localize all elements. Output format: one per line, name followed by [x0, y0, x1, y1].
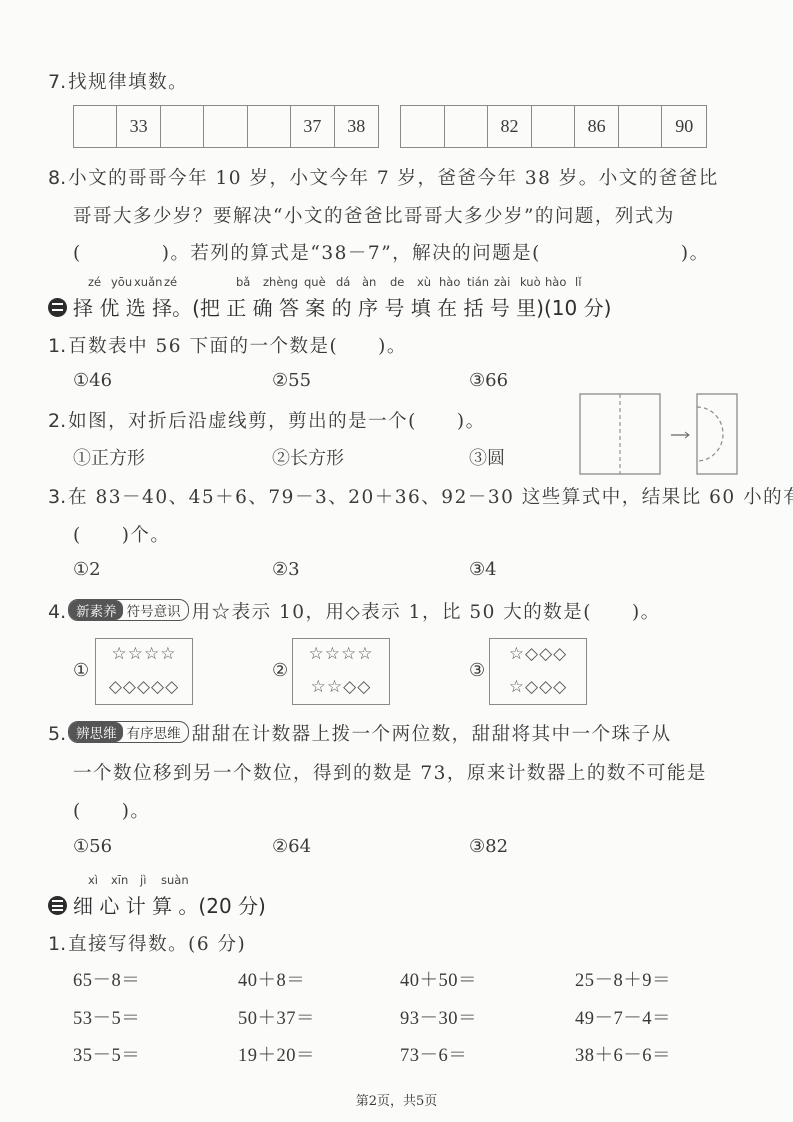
s2-q2-option-2[interactable]: ②长方形 — [272, 444, 344, 470]
calc-item[interactable]: 40＋50＝ — [400, 966, 477, 992]
calc-item[interactable]: 93－30＝ — [400, 1004, 477, 1030]
number-cell[interactable] — [619, 106, 663, 147]
tag-symbol-sense: 符号意识 — [123, 600, 188, 620]
calc-item[interactable]: 19＋20＝ — [238, 1041, 315, 1067]
s2-q3-line-2: ( )个。 — [73, 521, 170, 547]
calc-item[interactable]: 25－8＋9＝ — [575, 966, 671, 992]
tag-new-literacy: 新素养 — [69, 600, 123, 620]
q7-title: 找规律填数。 — [68, 72, 188, 93]
pinyin: hào — [545, 275, 566, 289]
s2-q2-text: 如图，对折后沿虚线剪，剪出的是一个( )。 — [68, 411, 485, 432]
q7-number: 7. — [48, 71, 66, 93]
pinyin: zé — [164, 275, 177, 289]
section3-header: 细 心 计 算 。(20 分) — [48, 890, 266, 919]
pinyin: àn — [362, 275, 376, 289]
s2-q5-tag: 辨思维有序思维 — [68, 721, 189, 743]
section2-title: 择 优 选 择。(把 正 确 答 案 的 序 号 填 在 括 号 里)(10 分… — [73, 296, 611, 320]
calc-item[interactable]: 50＋37＝ — [238, 1004, 315, 1030]
pinyin: bǎ — [236, 275, 250, 289]
s2-q1-option-2[interactable]: ②55 — [272, 370, 311, 391]
s2-q3-option-3[interactable]: ③4 — [469, 559, 497, 580]
s2-q1-text: 百数表中 56 下面的一个数是( )。 — [68, 336, 407, 357]
pinyin: xuǎn — [134, 275, 162, 289]
symbol-box: ☆☆☆☆ ◇◇◇◇◇ — [95, 638, 193, 705]
symbol-row-top: ☆☆☆☆ — [96, 644, 192, 664]
s2-q5-line-2: 一个数位移到另一个数位，得到的数是 73，原来计数器上的数不可能是 — [73, 759, 707, 785]
symbol-box: ☆◇◇◇ ☆◇◇◇ — [489, 638, 587, 705]
section-three-icon — [48, 896, 67, 915]
s2-q1-number: 1. — [48, 335, 66, 357]
q7-number-row-2: 82 86 90 — [400, 105, 707, 148]
pinyin: kuò — [520, 275, 541, 289]
number-cell[interactable] — [248, 106, 291, 147]
s3-q1-text: 直接写得数。(6 分) — [68, 934, 246, 955]
s2-q4-number: 4. — [48, 601, 66, 623]
pinyin: jì — [140, 873, 146, 887]
number-cell[interactable]: 86 — [575, 106, 619, 147]
s2-q2-option-1[interactable]: ①正方形 — [73, 444, 145, 470]
q8-line-2: 哥哥大多少岁？要解决“小文的爸爸比哥哥大多少岁”的问题，列式为 — [73, 202, 675, 228]
q8-text-3b: )。 — [681, 243, 710, 264]
page-footer: 第2页，共5页 — [0, 1090, 793, 1109]
option-label: ③ — [469, 660, 485, 681]
s2-q5-option-1[interactable]: ①56 — [73, 836, 112, 857]
s2-q2-number: 2. — [48, 410, 66, 432]
q8-number: 8. — [48, 167, 66, 189]
s2-q1-option-3[interactable]: ③66 — [469, 370, 508, 391]
q8-text-3a: ( )。若列的算式是“38－7”，解决的问题是( — [73, 243, 541, 264]
section2-header: 择 优 选 择。(把 正 确 答 案 的 序 号 填 在 括 号 里)(10 分… — [48, 292, 611, 321]
symbol-row-bottom: ☆◇◇◇ — [490, 677, 586, 697]
fold-cut-icon — [579, 393, 739, 475]
s2-q4-line: 4.新素养符号意识用☆表示 10，用◇表示 1，比 50 大的数是( )。 — [48, 598, 661, 624]
s3-q1-line: 1.直接写得数。(6 分) — [48, 930, 246, 956]
section-two-icon — [48, 298, 67, 317]
number-cell[interactable]: 82 — [488, 106, 532, 147]
tag-thinking: 辨思维 — [69, 722, 123, 742]
symbol-box: ☆☆☆☆ ☆☆◇◇ — [292, 638, 390, 705]
number-cell[interactable] — [204, 106, 247, 147]
pinyin: lǐ — [575, 275, 581, 289]
pinyin: zài — [494, 275, 510, 289]
q8-text-1: 小文的哥哥今年 10 岁，小文今年 7 岁，爸爸今年 38 岁。小文的爸爸比 — [68, 168, 719, 189]
pinyin: xīn — [111, 873, 128, 887]
number-cell[interactable]: 33 — [117, 106, 160, 147]
s2-q4-tag: 新素养符号意识 — [68, 599, 189, 621]
calc-item[interactable]: 49－7－4＝ — [575, 1004, 671, 1030]
s2-q1-line: 1.百数表中 56 下面的一个数是( )。 — [48, 332, 407, 358]
symbol-row-bottom: ◇◇◇◇◇ — [96, 677, 192, 697]
s2-q3-number: 3. — [48, 486, 66, 508]
q7-title-line: 7.找规律填数。 — [48, 68, 188, 94]
number-cell[interactable]: 90 — [662, 106, 706, 147]
s2-q3-line-1: 3.在 83－40、45＋6、79－3、20＋36、92－30 这些算式中，结果… — [48, 483, 793, 509]
number-cell[interactable] — [161, 106, 204, 147]
pinyin: suàn — [161, 873, 189, 887]
number-cell[interactable] — [532, 106, 576, 147]
option-label: ① — [73, 660, 89, 681]
section3-title: 细 心 计 算 。(20 分) — [73, 894, 266, 918]
option-label: ② — [272, 660, 288, 681]
number-cell[interactable] — [401, 106, 445, 147]
calc-item[interactable]: 35－5＝ — [73, 1041, 140, 1067]
s2-q3-option-1[interactable]: ①2 — [73, 559, 101, 580]
s2-q5-text: 甜甜在计数器上拨一个两位数，甜甜将其中一个珠子从 — [192, 724, 672, 745]
symbol-row-top: ☆☆☆☆ — [293, 644, 389, 664]
s2-q1-option-1[interactable]: ①46 — [73, 370, 112, 391]
calc-item[interactable]: 38＋6－6＝ — [575, 1041, 671, 1067]
pinyin: hào — [439, 275, 460, 289]
pinyin: xì — [88, 873, 98, 887]
s2-q5-option-3[interactable]: ③82 — [469, 836, 508, 857]
symbol-row-top: ☆◇◇◇ — [490, 644, 586, 664]
s2-q5-line-1: 5.辨思维有序思维甜甜在计数器上拨一个两位数，甜甜将其中一个珠子从 — [48, 720, 672, 746]
pinyin: què — [304, 275, 326, 289]
symbol-row-bottom: ☆☆◇◇ — [293, 677, 389, 697]
fold-cut-diagram — [579, 393, 739, 475]
q7-number-row-1: 33 37 38 — [73, 105, 379, 148]
pinyin: tián — [467, 275, 489, 289]
q8-line-3: ( )。若列的算式是“38－7”，解决的问题是()。 — [73, 239, 710, 265]
s2-q5-option-2[interactable]: ②64 — [272, 836, 311, 857]
s3-q1-number: 1. — [48, 933, 66, 955]
pinyin: de — [390, 275, 404, 289]
calc-item[interactable]: 73－6＝ — [400, 1041, 467, 1067]
s2-q4-text: 用☆表示 10，用◇表示 1，比 50 大的数是( )。 — [192, 602, 661, 623]
pinyin: zhèng — [263, 275, 298, 289]
s2-q2-option-3[interactable]: ③圆 — [469, 444, 505, 470]
calc-item[interactable]: 53－5＝ — [73, 1004, 140, 1030]
number-cell[interactable] — [445, 106, 489, 147]
s2-q2-line: 2.如图，对折后沿虚线剪，剪出的是一个( )。 — [48, 407, 486, 433]
pinyin: zé — [88, 275, 101, 289]
q8-line-1: 8.小文的哥哥今年 10 岁，小文今年 7 岁，爸爸今年 38 岁。小文的爸爸比 — [48, 164, 719, 190]
calc-item[interactable]: 40＋8＝ — [238, 966, 305, 992]
number-cell[interactable]: 38 — [335, 106, 378, 147]
pinyin: xù — [417, 275, 431, 289]
s2-q5-number: 5. — [48, 723, 66, 745]
s2-q3-text: 在 83－40、45＋6、79－3、20＋36、92－30 这些算式中，结果比 … — [68, 487, 793, 508]
s2-q5-line-3: ( )。 — [73, 797, 150, 823]
pinyin: dá — [336, 275, 350, 289]
tag-ordered-thinking: 有序思维 — [123, 722, 188, 742]
number-cell[interactable] — [74, 106, 117, 147]
s2-q3-option-2[interactable]: ②3 — [272, 559, 300, 580]
pinyin: yōu — [111, 275, 132, 289]
calc-item[interactable]: 65－8＝ — [73, 966, 140, 992]
number-cell[interactable]: 37 — [291, 106, 334, 147]
